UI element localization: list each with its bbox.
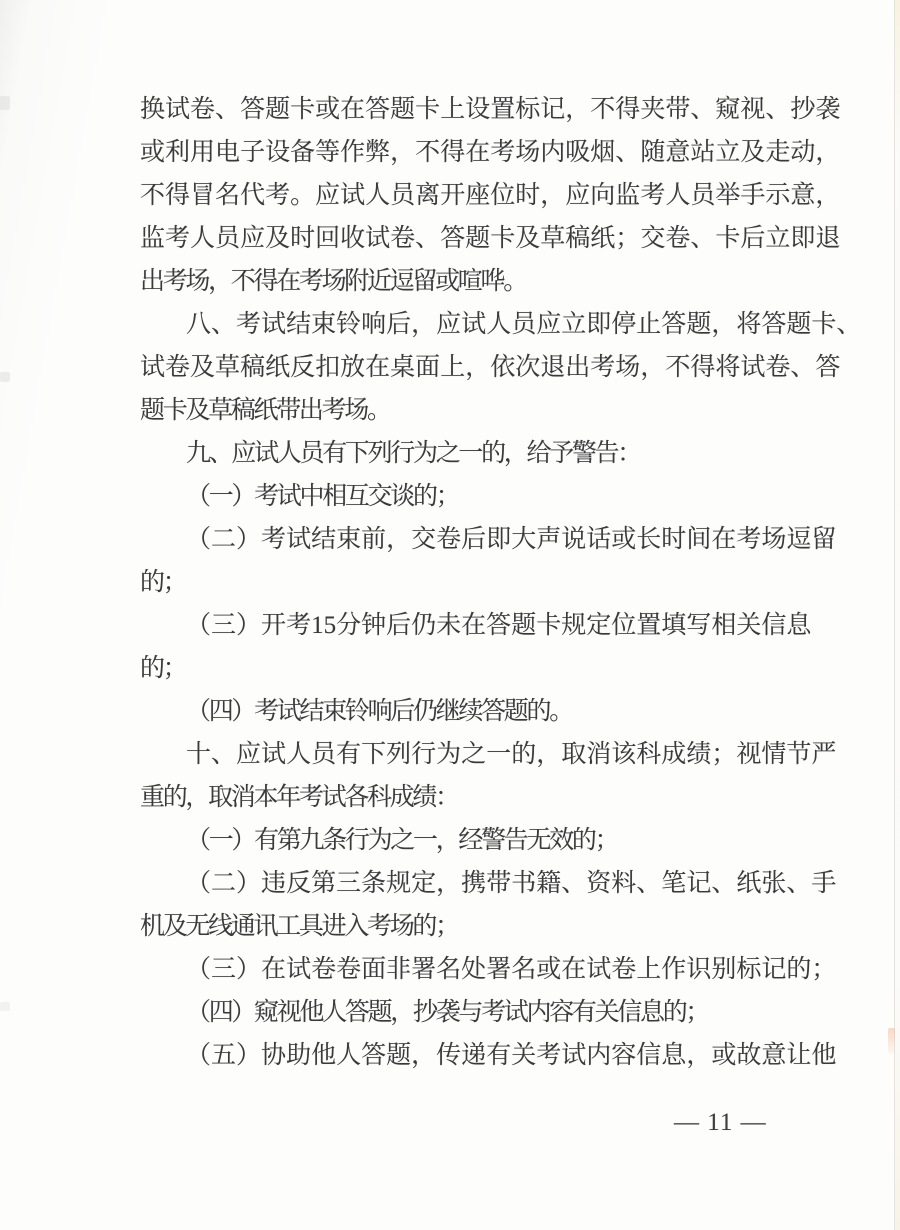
text-line: 不得冒名代考。应试人员离开座位时，应向监考人员举手示意，: [140, 174, 793, 217]
text-line: 九、应试人员有下列行为之一的，给予警告：: [140, 432, 793, 475]
text-line: （一）有第九条行为之一，经警告无效的；: [140, 819, 793, 862]
page-text: 换试卷、答题卡或在答题卡上设置标记，不得夹带、窥视、抄袭或利用电子设备等作弊，不…: [140, 88, 793, 1077]
text-line: 或利用电子设备等作弊，不得在考场内吸烟、随意站立及走动，: [140, 131, 793, 174]
scan-smudge: [0, 96, 10, 110]
text-line: 换试卷、答题卡或在答题卡上设置标记，不得夹带、窥视、抄袭: [140, 88, 793, 131]
text-line: （一）考试中相互交谈的；: [140, 475, 793, 518]
text-line: 监考人员应及时回收试卷、答题卡及草稿纸；交卷、卡后立即退: [140, 217, 793, 260]
text-line: （二）考试结束前，交卷后即大声说话或长时间在考场逗留: [140, 518, 793, 561]
text-line: 八、考试结束铃响后，应试人员应立即停止答题，将答题卡、: [140, 303, 793, 346]
text-line: （五）协助他人答题，传递有关考试内容信息，或故意让他: [140, 1034, 793, 1077]
text-line: 出考场，不得在考场附近逗留或喧哗。: [140, 260, 793, 303]
text-line: （四）考试结束铃响后仍继续答题的。: [140, 690, 793, 733]
text-line: 机及无线通讯工具进入考场的；: [140, 905, 793, 948]
text-line: 的；: [140, 561, 793, 604]
text-line: 试卷及草稿纸反扣放在桌面上，依次退出考场，不得将试卷、答: [140, 346, 793, 389]
text-line: 题卡及草稿纸带出考场。: [140, 389, 793, 432]
text-line: （三）在试卷卷面非署名处署名或在试卷上作识别标记的；: [140, 948, 793, 991]
text-line: 的；: [140, 647, 793, 690]
scan-edge-tint: [895, 0, 900, 1230]
text-line: （四）窥视他人答题，抄袭与考试内容有关信息的；: [140, 991, 793, 1034]
text-line: （三）开考15分钟后仍未在答题卡规定位置填写相关信息: [140, 604, 793, 647]
text-line: （二）违反第三条规定，携带书籍、资料、笔记、纸张、手: [140, 862, 793, 905]
scan-smudge: [0, 1002, 10, 1011]
scan-smudge: [0, 372, 10, 382]
scan-edge-mark: [888, 1028, 895, 1054]
text-line: 十、应试人员有下列行为之一的，取消该科成绩；视情节严: [140, 733, 793, 776]
text-line: 重的，取消本年考试各科成绩：: [140, 776, 793, 819]
page-number: — 11 —: [674, 1109, 767, 1137]
